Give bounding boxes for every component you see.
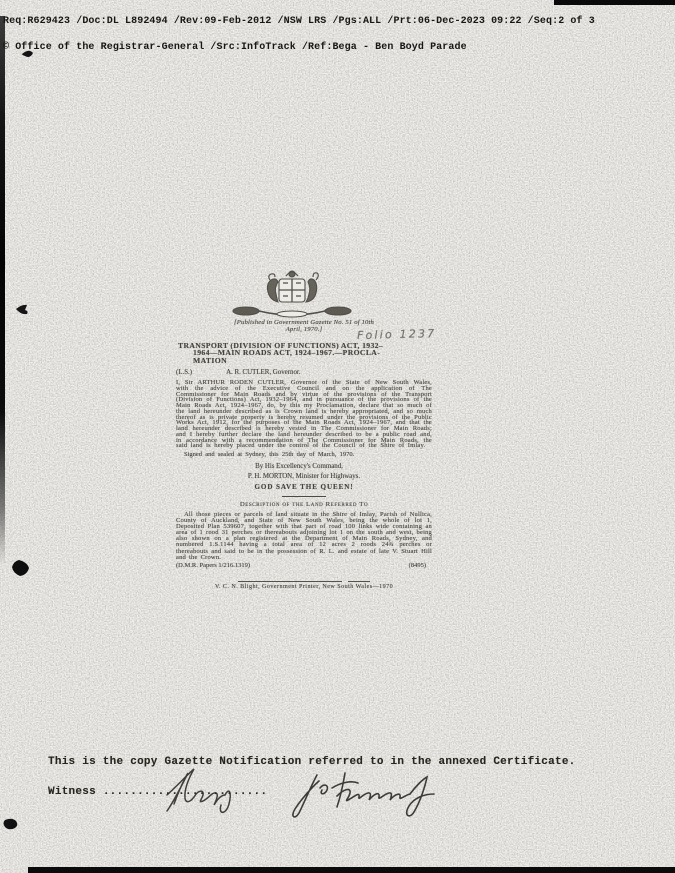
scan-edge-bottom-bar <box>28 867 675 873</box>
reference-row: (D.M.R. Papers 1/216.1319) (8495) <box>176 562 432 569</box>
gazette-item-number: (8495) <box>409 562 426 569</box>
signed-sealed-line: Signed and sealed at Sydney, this 25th d… <box>176 452 432 458</box>
scan-edge-left-bar <box>0 16 5 566</box>
minister-line: P. H. MORTON, Minister for Highways. <box>176 473 432 480</box>
government-printer-imprint: V. C. N. Blight, Government Printer, New… <box>176 584 432 590</box>
seal-and-governor-row: (L.S.) A. R. CUTLER, Governor. <box>176 369 432 376</box>
command-line: By His Excellency's Command, <box>176 463 432 470</box>
section-divider-rule <box>282 496 326 497</box>
governor-name: A. R. CUTLER, Governor. <box>226 369 300 376</box>
registrar-signature <box>286 766 464 821</box>
proclamation-title-line3: MATION <box>176 357 432 364</box>
scan-metadata-line1: Req:R629423 /Doc:DL L892494 /Rev:09-Feb-… <box>3 18 595 27</box>
printer-rule-short-segment <box>348 581 370 582</box>
witness-signature <box>158 764 253 816</box>
description-heading: Description of the Land Referred To <box>176 501 432 508</box>
witness-label: Witness <box>48 786 103 798</box>
scan-metadata-line2: © Office of the Registrar-General /Src:I… <box>3 44 595 53</box>
handwritten-folio-annotation: Folio 1237 <box>357 327 437 342</box>
land-description-body: All those pieces or parcels of land situ… <box>176 512 432 561</box>
printer-divider-rule <box>176 581 432 582</box>
printer-rule-long-segment <box>238 581 342 582</box>
scan-metadata-header: Req:R629423 /Doc:DL L892494 /Rev:09-Feb-… <box>3 0 595 62</box>
gazette-notification-scan: [Published in Government Gazette No. 51 … <box>176 268 432 590</box>
god-save-the-queen-line: GOD SAVE THE QUEEN! <box>176 483 432 491</box>
proclamation-body: I, Sir ARTHUR RODEN CUTLER, Governor of … <box>176 380 432 449</box>
coat-of-arms-icon <box>232 268 352 318</box>
dmr-papers-reference: (D.M.R. Papers 1/216.1319) <box>176 562 250 569</box>
proclamation-title: TRANSPORT (DIVISION OF FUNCTIONS) ACT, 1… <box>176 342 432 364</box>
seal-abbreviation: (L.S.) <box>176 369 192 376</box>
